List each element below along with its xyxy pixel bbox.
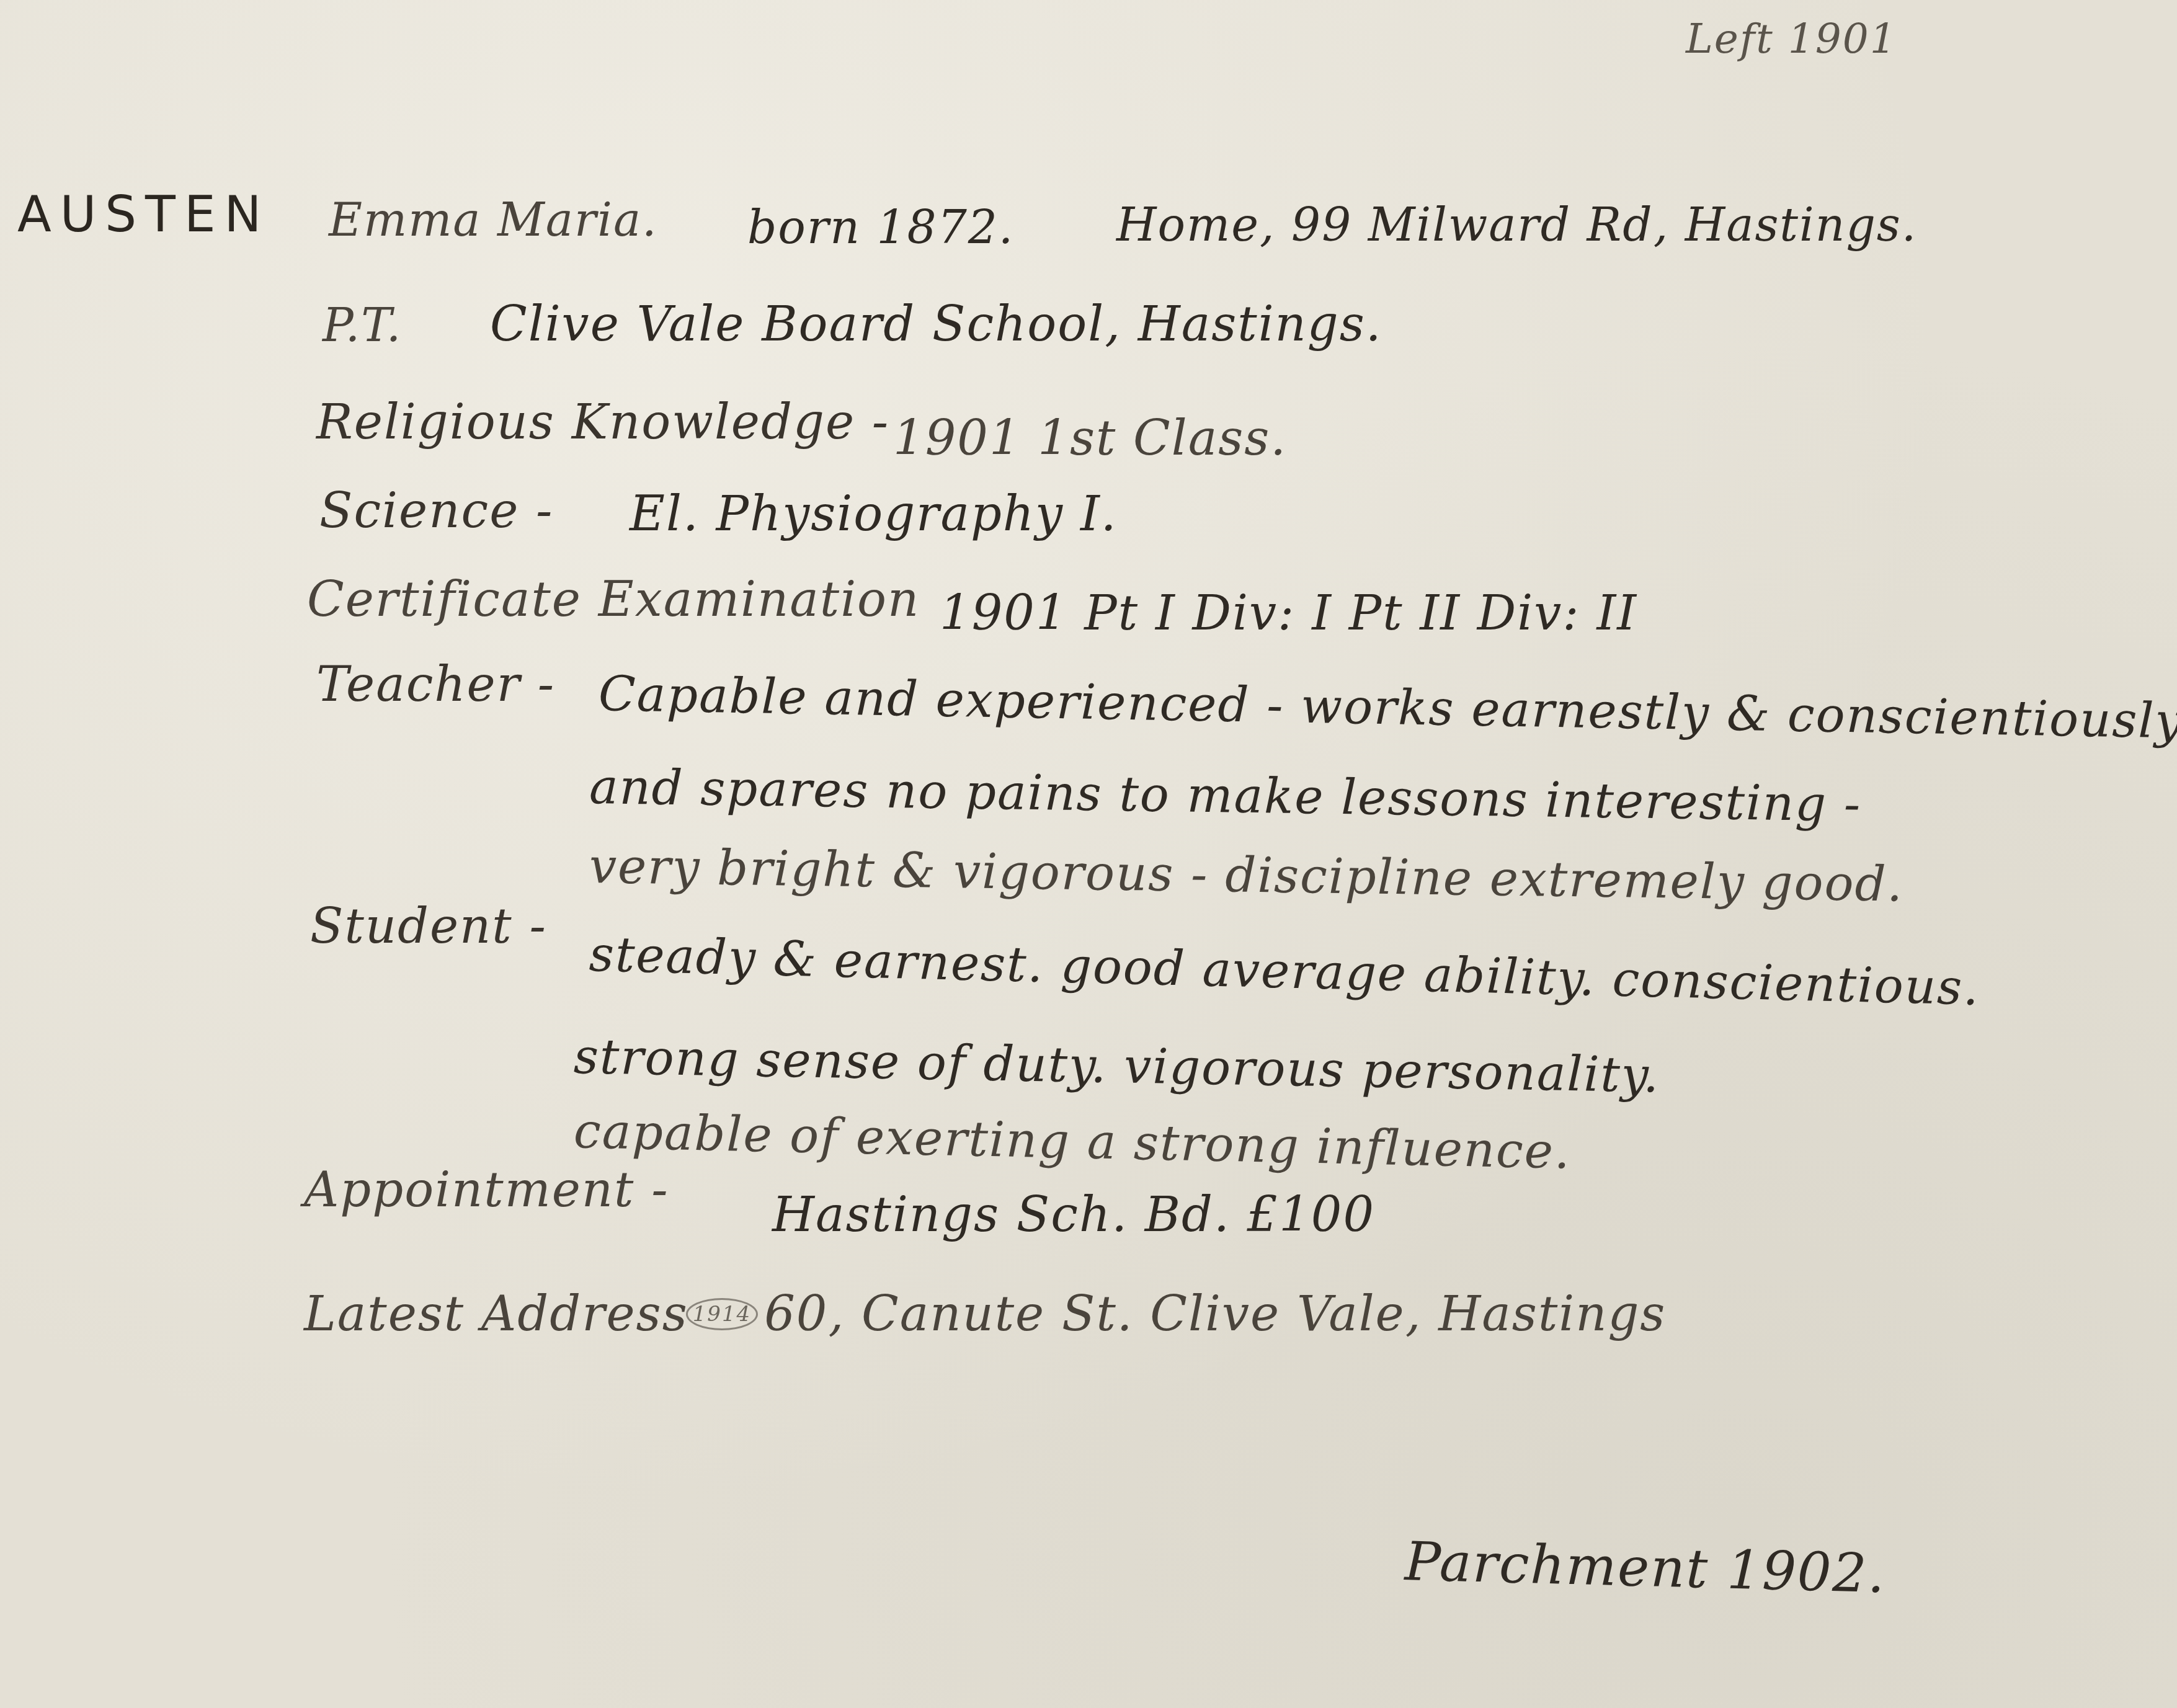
home-address: Home, 99 Milward Rd, Hastings. — [1116, 202, 1917, 248]
parchment-note: Parchment 1902. — [1404, 1535, 1887, 1601]
birth-year: born 1872. — [747, 205, 1014, 251]
science-label: Science - — [319, 487, 553, 535]
given-names: Emma Maria. — [329, 197, 658, 243]
religious-knowledge-result: 1901 1st Class. — [893, 414, 1287, 463]
appointment-value: Hastings Sch. Bd. £100 — [772, 1191, 1375, 1239]
religious-knowledge-label: Religious Knowledge - — [316, 398, 889, 447]
teacher-label: Teacher - — [316, 661, 555, 709]
student-label: Student - — [310, 902, 547, 951]
surname: AUSTEN — [17, 190, 270, 239]
student-comment-line: capable of exerting a strong influence. — [573, 1107, 1571, 1176]
science-result: El. Physiography I. — [630, 490, 1118, 538]
appointment-label: Appointment - — [304, 1166, 669, 1214]
latest-address-label: Latest Address — [304, 1286, 688, 1342]
teacher-comment-line: and spares no pains to make lessons inte… — [589, 763, 1861, 829]
student-comment-line: steady & earnest. good average ability. … — [589, 930, 1980, 1013]
latest-address-row: Latest Address191460, Canute St. Clive V… — [304, 1290, 1666, 1338]
certificate-result: 1901 Pt I Div: I Pt II Div: II — [940, 589, 1637, 638]
pt-school: Clive Vale Board School, Hastings. — [490, 300, 1382, 349]
teacher-comment-line: Capable and experienced - works earnestl… — [598, 670, 2177, 746]
teacher-comment-line: very bright & vigorous - discipline extr… — [589, 842, 1903, 909]
latest-address-year: 1914 — [686, 1298, 759, 1330]
latest-address-value: 60, Canute St. Clive Vale, Hastings — [764, 1286, 1666, 1342]
left-date-note: Left 1901 — [1686, 19, 1897, 60]
student-comment-line: strong sense of duty. vigorous personali… — [573, 1033, 1660, 1100]
pt-label: P.T. — [323, 303, 402, 349]
certificate-label: Certificate Examination — [307, 576, 920, 624]
record-card: Left 1901 AUSTEN Emma Maria. born 1872. … — [0, 0, 2177, 1708]
